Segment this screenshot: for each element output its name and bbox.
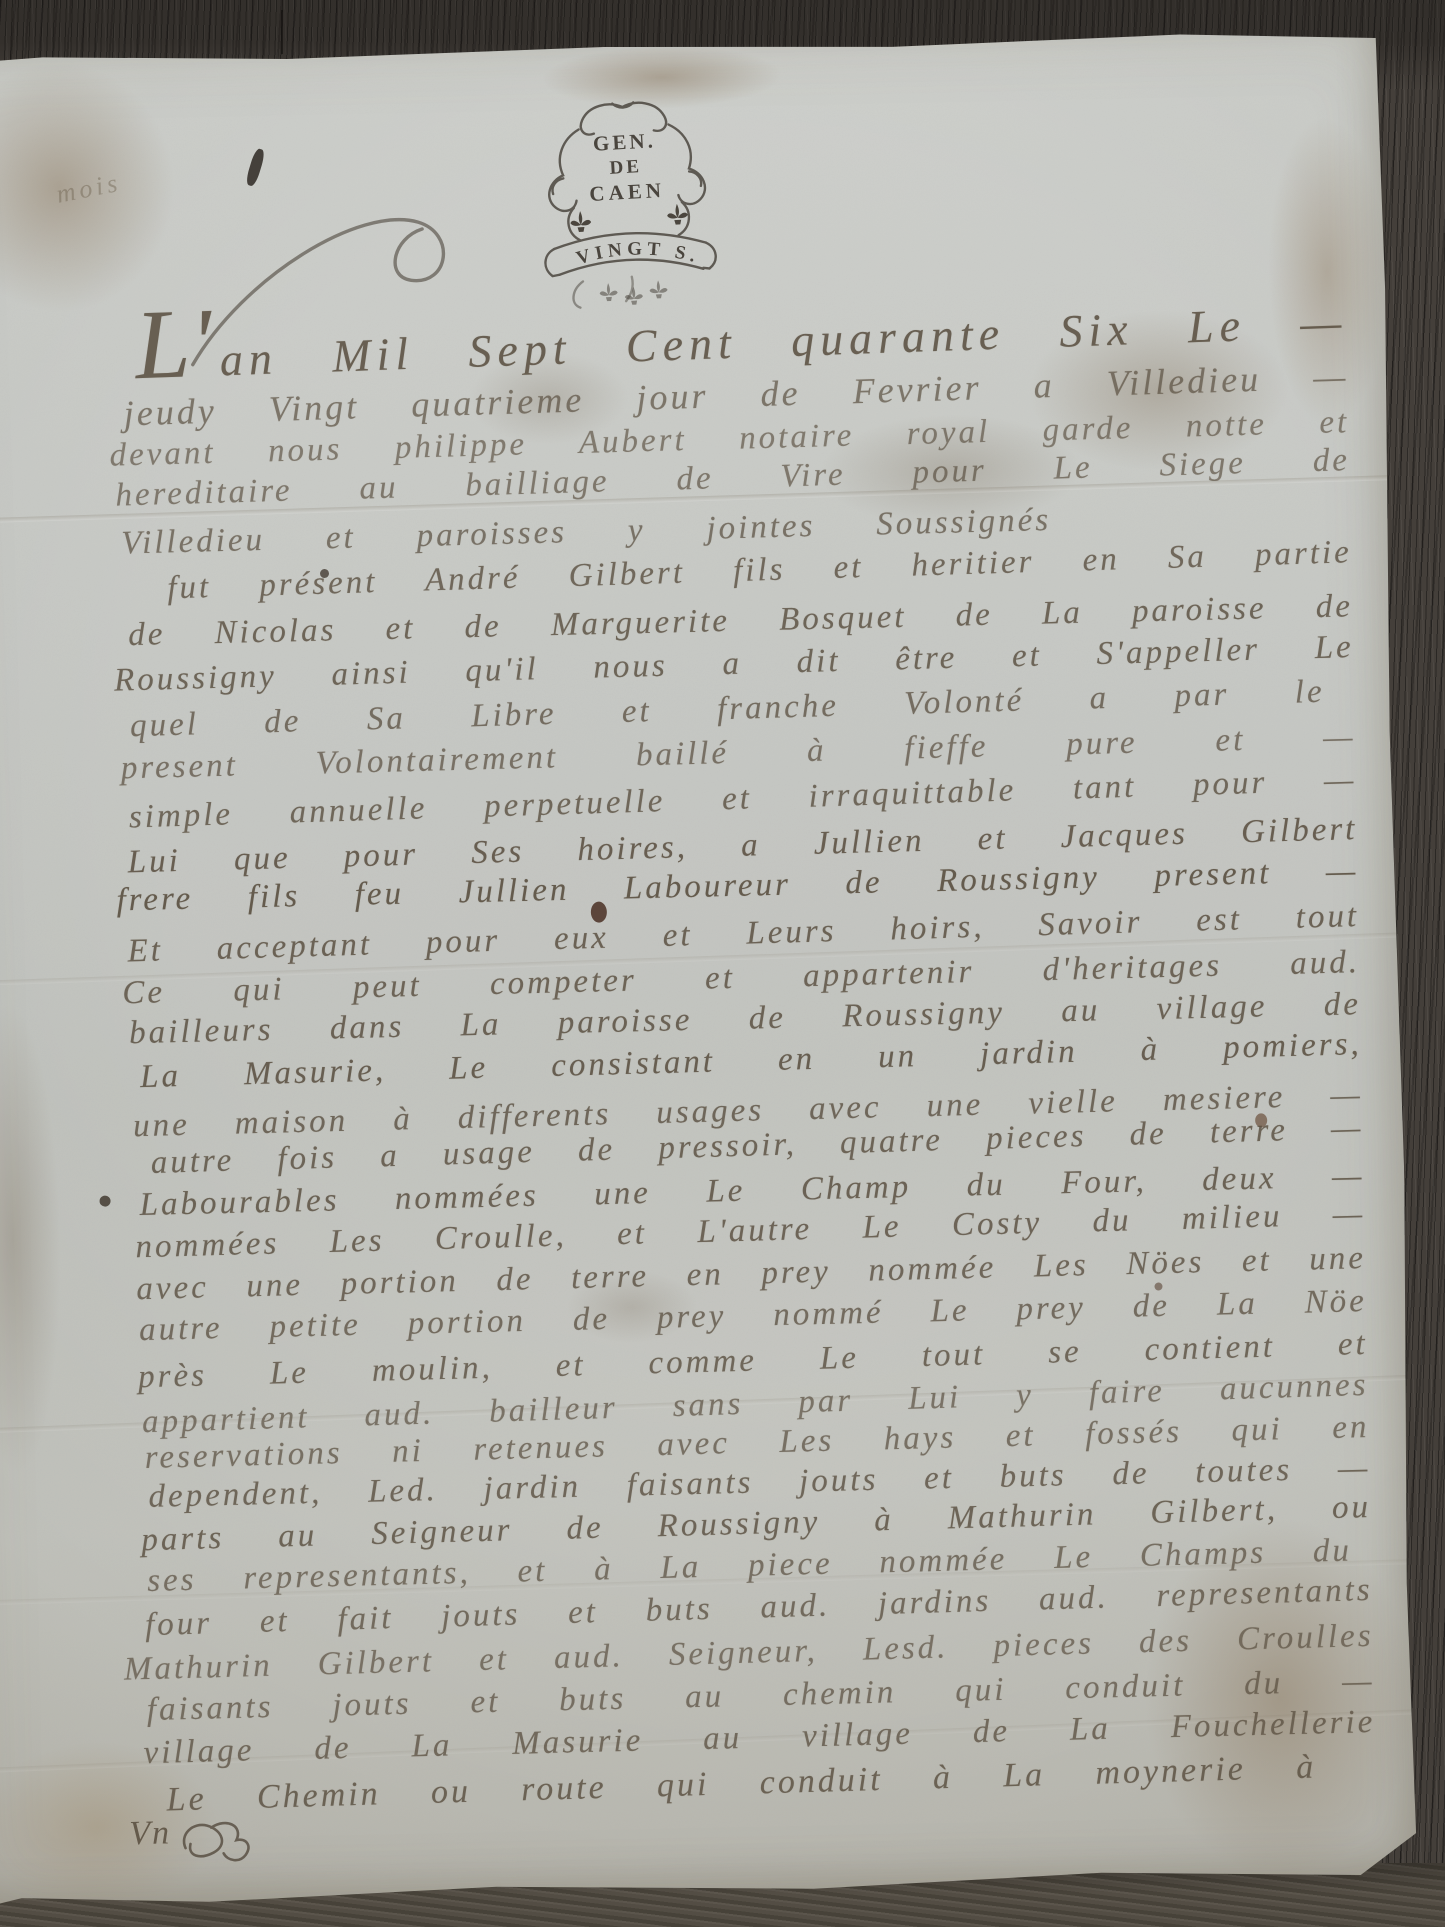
manuscript-text: L'an Mil Sept Cent quarante Six Le —jeud…: [0, 28, 1418, 1909]
paraph-flourish: [177, 1812, 274, 1872]
photo-wooden-table: GEN. DE CAEN VINGT S. mois L'an Mil Sept…: [0, 0, 1445, 1927]
wood-plank-seam: [281, 10, 283, 54]
paraph-text: Vn: [129, 1814, 172, 1852]
parchment-document: GEN. DE CAEN VINGT S. mois L'an Mil Sept…: [0, 28, 1418, 1909]
notary-paraph: Vn: [129, 1812, 274, 1873]
